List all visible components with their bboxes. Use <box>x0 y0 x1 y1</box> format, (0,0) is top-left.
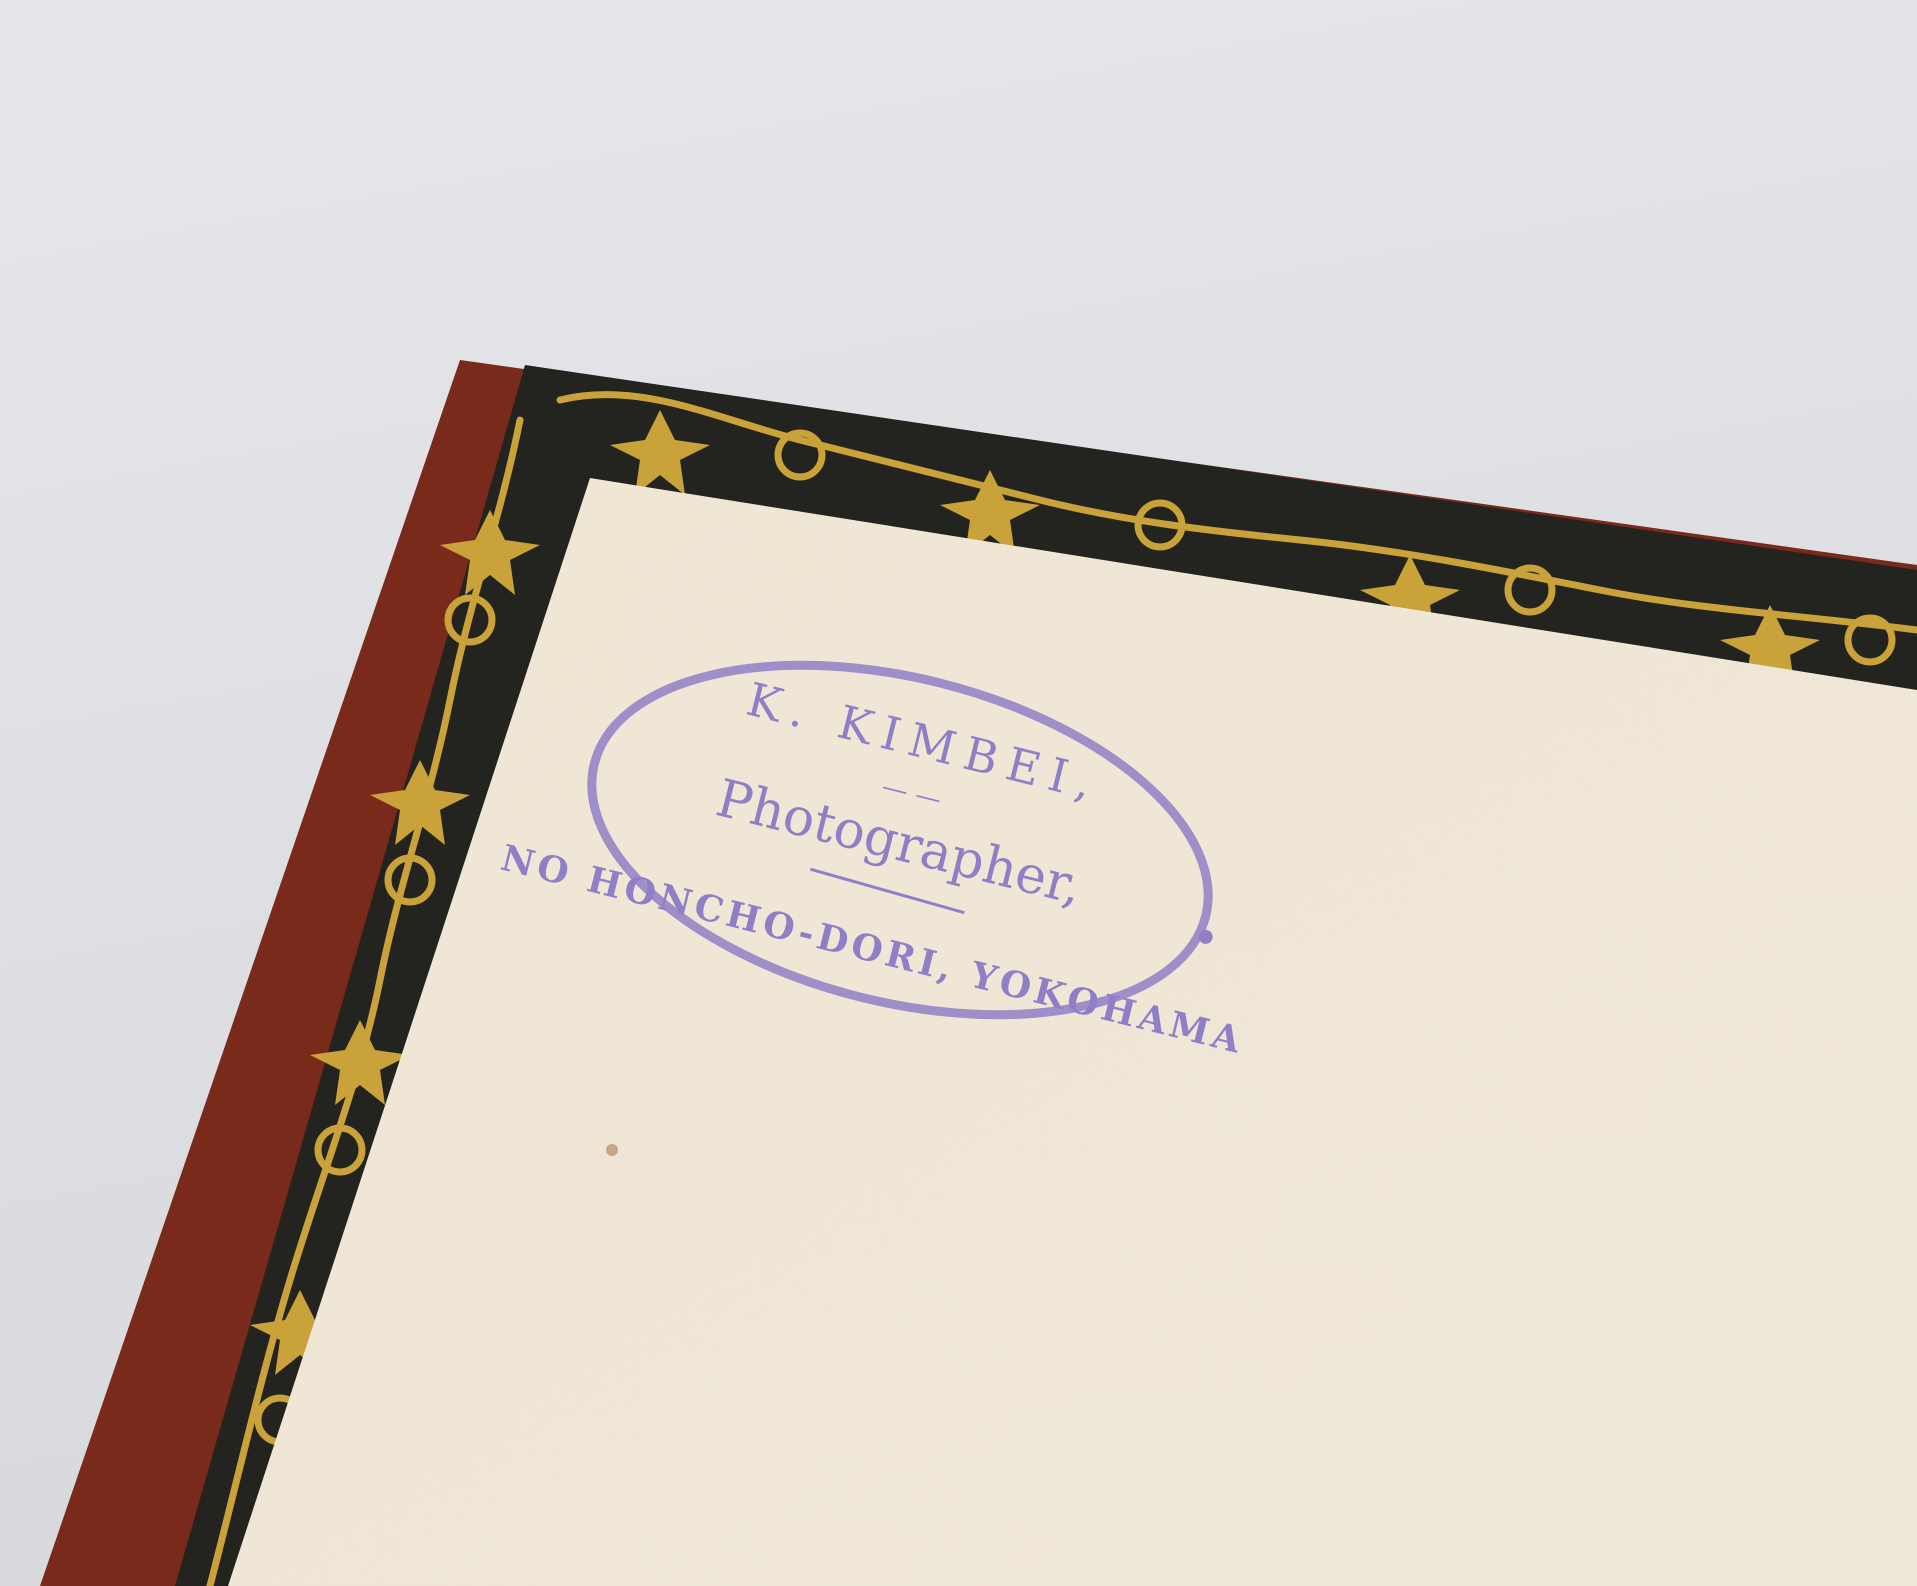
album-photo: K. KIMBEI, — — Photographer, NO HONCHO-D… <box>0 0 1917 1586</box>
paper-stain <box>606 1144 618 1156</box>
album-corner-illustration: K. KIMBEI, — — Photographer, NO HONCHO-D… <box>0 0 1917 1586</box>
